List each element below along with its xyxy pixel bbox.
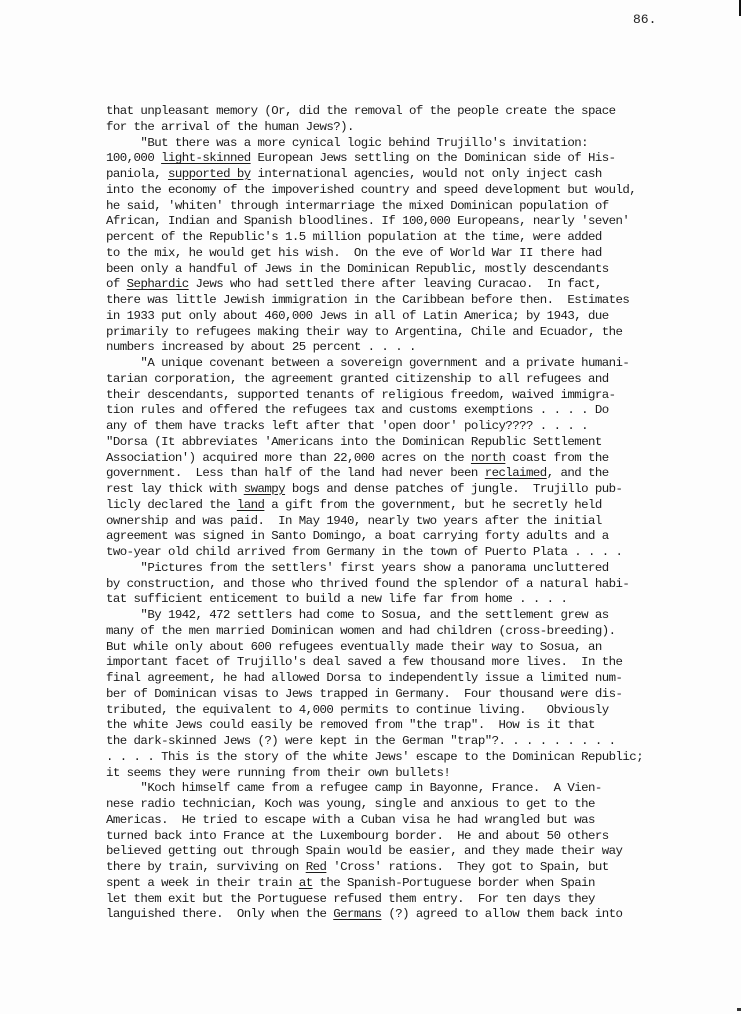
text-line: 100,000 light-skinned European Jews sett… bbox=[106, 151, 666, 167]
page-edge-mark-bottom bbox=[737, 1008, 741, 1011]
text-line: agreement was signed in Santo Domingo, a… bbox=[106, 529, 666, 545]
text-line: many of the men married Dominican women … bbox=[106, 624, 666, 640]
underlined-word: Germans bbox=[333, 907, 381, 921]
text-line: "Pictures from the settlers' first years… bbox=[106, 561, 666, 577]
text-line: "A unique covenant between a sovereign g… bbox=[106, 356, 666, 372]
text-line: nese radio technician, Koch was young, s… bbox=[106, 797, 666, 813]
text-line: believed getting out through Spain would… bbox=[106, 844, 666, 860]
text-line: the dark-skinned Jews (?) were kept in t… bbox=[106, 734, 666, 750]
text-line: numbers increased by about 25 percent . … bbox=[106, 340, 666, 356]
text-line: Americas. He tried to escape with a Cuba… bbox=[106, 813, 666, 829]
text-line: there by train, surviving on Red 'Cross'… bbox=[106, 860, 666, 876]
text-line: Association') acquired more than 22,000 … bbox=[106, 451, 666, 467]
text-line: final agreement, he had allowed Dorsa to… bbox=[106, 671, 666, 687]
text-line: ber of Dominican visas to Jews trapped i… bbox=[106, 687, 666, 703]
text-line: to the mix, he would get his wish. On th… bbox=[106, 246, 666, 262]
text-line: rest lay thick with swampy bogs and dens… bbox=[106, 482, 666, 498]
underlined-word: supported by bbox=[168, 167, 251, 181]
text-line: two-year old child arrived from Germany … bbox=[106, 545, 666, 561]
underlined-word: light-skinned bbox=[161, 151, 251, 165]
underlined-word: at bbox=[299, 876, 313, 890]
text-line: "By 1942, 472 settlers had come to Sosua… bbox=[106, 608, 666, 624]
text-line: important facet of Trujillo's deal saved… bbox=[106, 655, 666, 671]
text-line: it seems they were running from their ow… bbox=[106, 766, 666, 782]
underlined-word: reclaimed bbox=[485, 466, 547, 480]
text-line: turned back into France at the Luxembour… bbox=[106, 829, 666, 845]
text-line: "Koch himself came from a refugee camp i… bbox=[106, 781, 666, 797]
text-line: But while only about 600 refugees eventu… bbox=[106, 640, 666, 656]
underlined-word: north bbox=[471, 451, 505, 465]
text-line: that unpleasant memory (Or, did the remo… bbox=[106, 104, 666, 120]
text-line: primarily to refugees making their way t… bbox=[106, 325, 666, 341]
text-line: been only a handful of Jews in the Domin… bbox=[106, 262, 666, 278]
text-line: tat sufficient enticement to build a new… bbox=[106, 592, 666, 608]
text-line: let them exit but the Portuguese refused… bbox=[106, 892, 666, 908]
body-text: that unpleasant memory (Or, did the remo… bbox=[106, 104, 666, 923]
text-line: African, Indian and Spanish bloodlines. … bbox=[106, 214, 666, 230]
text-line: "But there was a more cynical logic behi… bbox=[106, 136, 666, 152]
text-line: . . . . This is the story of the white J… bbox=[106, 750, 666, 766]
text-line: in 1933 put only about 460,000 Jews in a… bbox=[106, 309, 666, 325]
text-line: any of them have tracks left after that … bbox=[106, 419, 666, 435]
text-line: tarian corporation, the agreement grante… bbox=[106, 372, 666, 388]
text-line: their descendants, supported tenants of … bbox=[106, 388, 666, 404]
text-line: ownership and was paid. In May 1940, nea… bbox=[106, 514, 666, 530]
text-line: there was little Jewish immigration in t… bbox=[106, 293, 666, 309]
text-line: spent a week in their train at the Spani… bbox=[106, 876, 666, 892]
text-line: tributed, the equivalent to 4,000 permit… bbox=[106, 703, 666, 719]
text-line: into the economy of the impoverished cou… bbox=[106, 183, 666, 199]
underlined-word: land bbox=[237, 498, 265, 512]
text-line: government. Less than half of the land h… bbox=[106, 466, 666, 482]
text-line: percent of the Republic's 1.5 million po… bbox=[106, 230, 666, 246]
text-line: "Dorsa (It abbreviates 'Americans into t… bbox=[106, 435, 666, 451]
text-line: licly declared the land a gift from the … bbox=[106, 498, 666, 514]
text-line: languished there. Only when the Germans … bbox=[106, 907, 666, 923]
text-line: he said, 'whiten' through intermarriage … bbox=[106, 199, 666, 215]
underlined-word: Red bbox=[306, 860, 327, 874]
text-line: the white Jews could easily be removed f… bbox=[106, 718, 666, 734]
underlined-word: Sephardic bbox=[127, 277, 189, 291]
text-line: by construction, and those who thrived f… bbox=[106, 577, 666, 593]
page-number: 86. bbox=[633, 12, 656, 27]
text-line: of Sephardic Jews who had settled there … bbox=[106, 277, 666, 293]
text-line: for the arrival of the human Jews?). bbox=[106, 120, 666, 136]
text-line: tion rules and offered the refugees tax … bbox=[106, 403, 666, 419]
text-line: paniola, supported by international agen… bbox=[106, 167, 666, 183]
underlined-word: swampy bbox=[244, 482, 285, 496]
